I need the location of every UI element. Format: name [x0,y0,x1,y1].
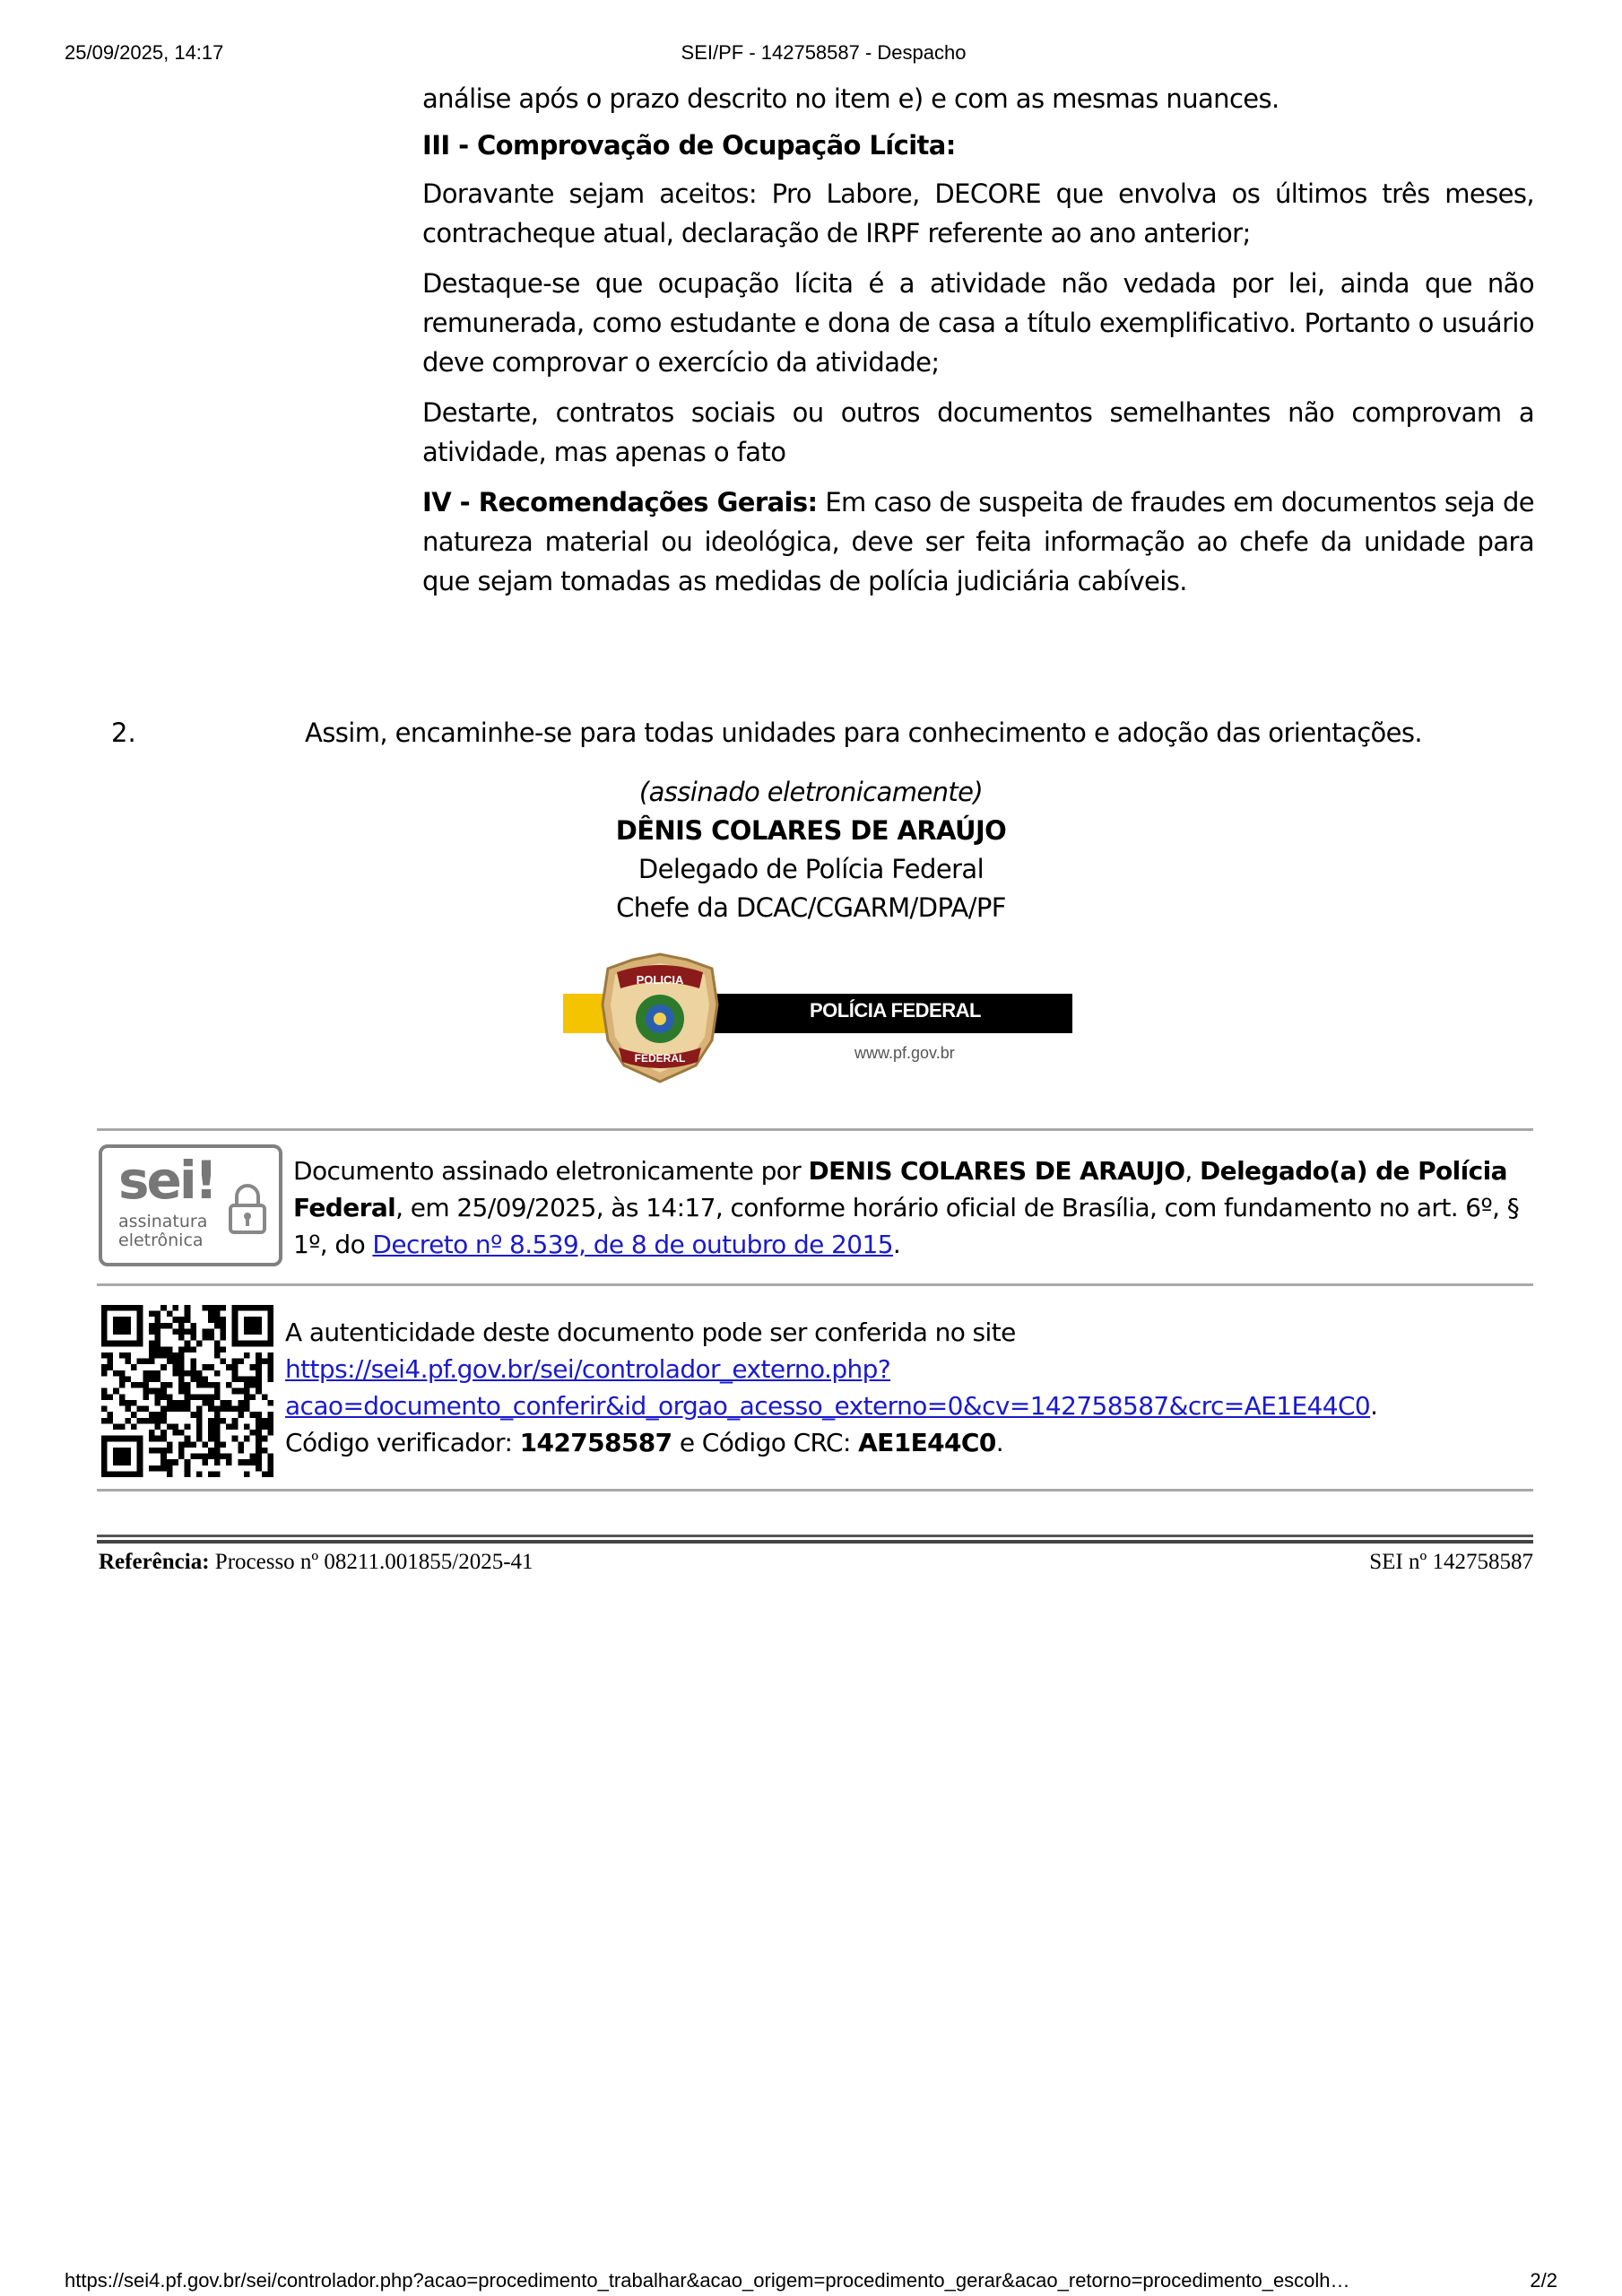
signature-block: (assinado eletronicamente) DÊNIS COLARES… [0,773,1622,927]
page-number: 2/2 [1530,2269,1557,2292]
lock-icon [228,1184,267,1234]
item-number: 2. [111,717,136,748]
signer-name: DENIS COLARES DE ARAUJO [809,1156,1185,1186]
decree-link[interactable]: Decreto nº 8.539, de 8 de outubro de 201… [372,1230,893,1259]
reference-rule-bottom [97,1540,1533,1544]
qr-code-icon [101,1305,273,1477]
section-iii-paragraph: Doravante sejam aceitos: Pro Labore, DEC… [422,174,1534,253]
authenticity-text: A autenticidade deste documento pode ser… [285,1314,1531,1461]
divider [97,1489,1533,1492]
sei-number: SEI nº 142758587 [1369,1550,1533,1575]
divider [97,1128,1533,1131]
divider [97,1283,1533,1286]
section-iii-paragraph: Destarte, contratos sociais ou outros do… [422,393,1534,472]
section-iii-paragraph: Destaque-se que ocupação lícita é a ativ… [422,264,1534,382]
sei-seal-caption: assinatura eletrônica [118,1213,207,1250]
sei-signature-seal: sei! assinatura eletrônica [99,1144,282,1266]
logo-banner-text: POLÍCIA FEDERAL [810,999,981,1022]
process-reference: Referência: Processo nº 08211.001855/202… [99,1550,533,1575]
section-iv-paragraph: IV - Recomendações Gerais: Em caso de su… [422,483,1534,601]
verification-link[interactable]: https://sei4.pf.gov.br/sei/controlador_e… [285,1354,890,1384]
e-signature-text: Documento assinado eletronicamente por D… [293,1152,1535,1263]
signature-note: (assinado eletronicamente) [0,773,1622,812]
verification-link-continued[interactable]: acao=documento_conferir&id_orgao_acesso_… [285,1391,1370,1421]
print-footer-url: https://sei4.pf.gov.br/sei/controlador.p… [65,2269,1350,2292]
svg-text:FEDERAL: FEDERAL [635,1052,686,1065]
reference-rule-top [97,1535,1533,1537]
signer-role: Delegado de Polícia Federal [0,850,1622,889]
police-badge-icon: POLICIA FEDERAL [597,951,723,1085]
item-text: Assim, encaminhe-se para todas unidades … [305,717,1422,748]
crc-code: AE1E44C0 [858,1428,996,1457]
policia-federal-logo: POLÍCIA FEDERAL www.pf.gov.br POLICIA FE… [563,944,1074,1087]
svg-text:POLICIA: POLICIA [637,973,684,987]
section-iii-heading: III - Comprovação de Ocupação Lícita: [422,130,956,161]
signer-name: DÊNIS COLARES DE ARAÚJO [0,812,1622,850]
document-body: análise após o prazo descrito no item e)… [422,79,1534,612]
logo-url: www.pf.gov.br [854,1044,955,1063]
continuation-text: análise após o prazo descrito no item e)… [422,79,1534,118]
verifier-code: 142758587 [520,1428,672,1457]
signer-unit: Chefe da DCAC/CGARM/DPA/PF [0,889,1622,927]
section-iv-heading: IV - Recomendações Gerais: [422,487,818,517]
print-title: SEI/PF - 142758587 - Despacho [0,41,1622,65]
sei-logo-text: sei! [118,1150,215,1211]
